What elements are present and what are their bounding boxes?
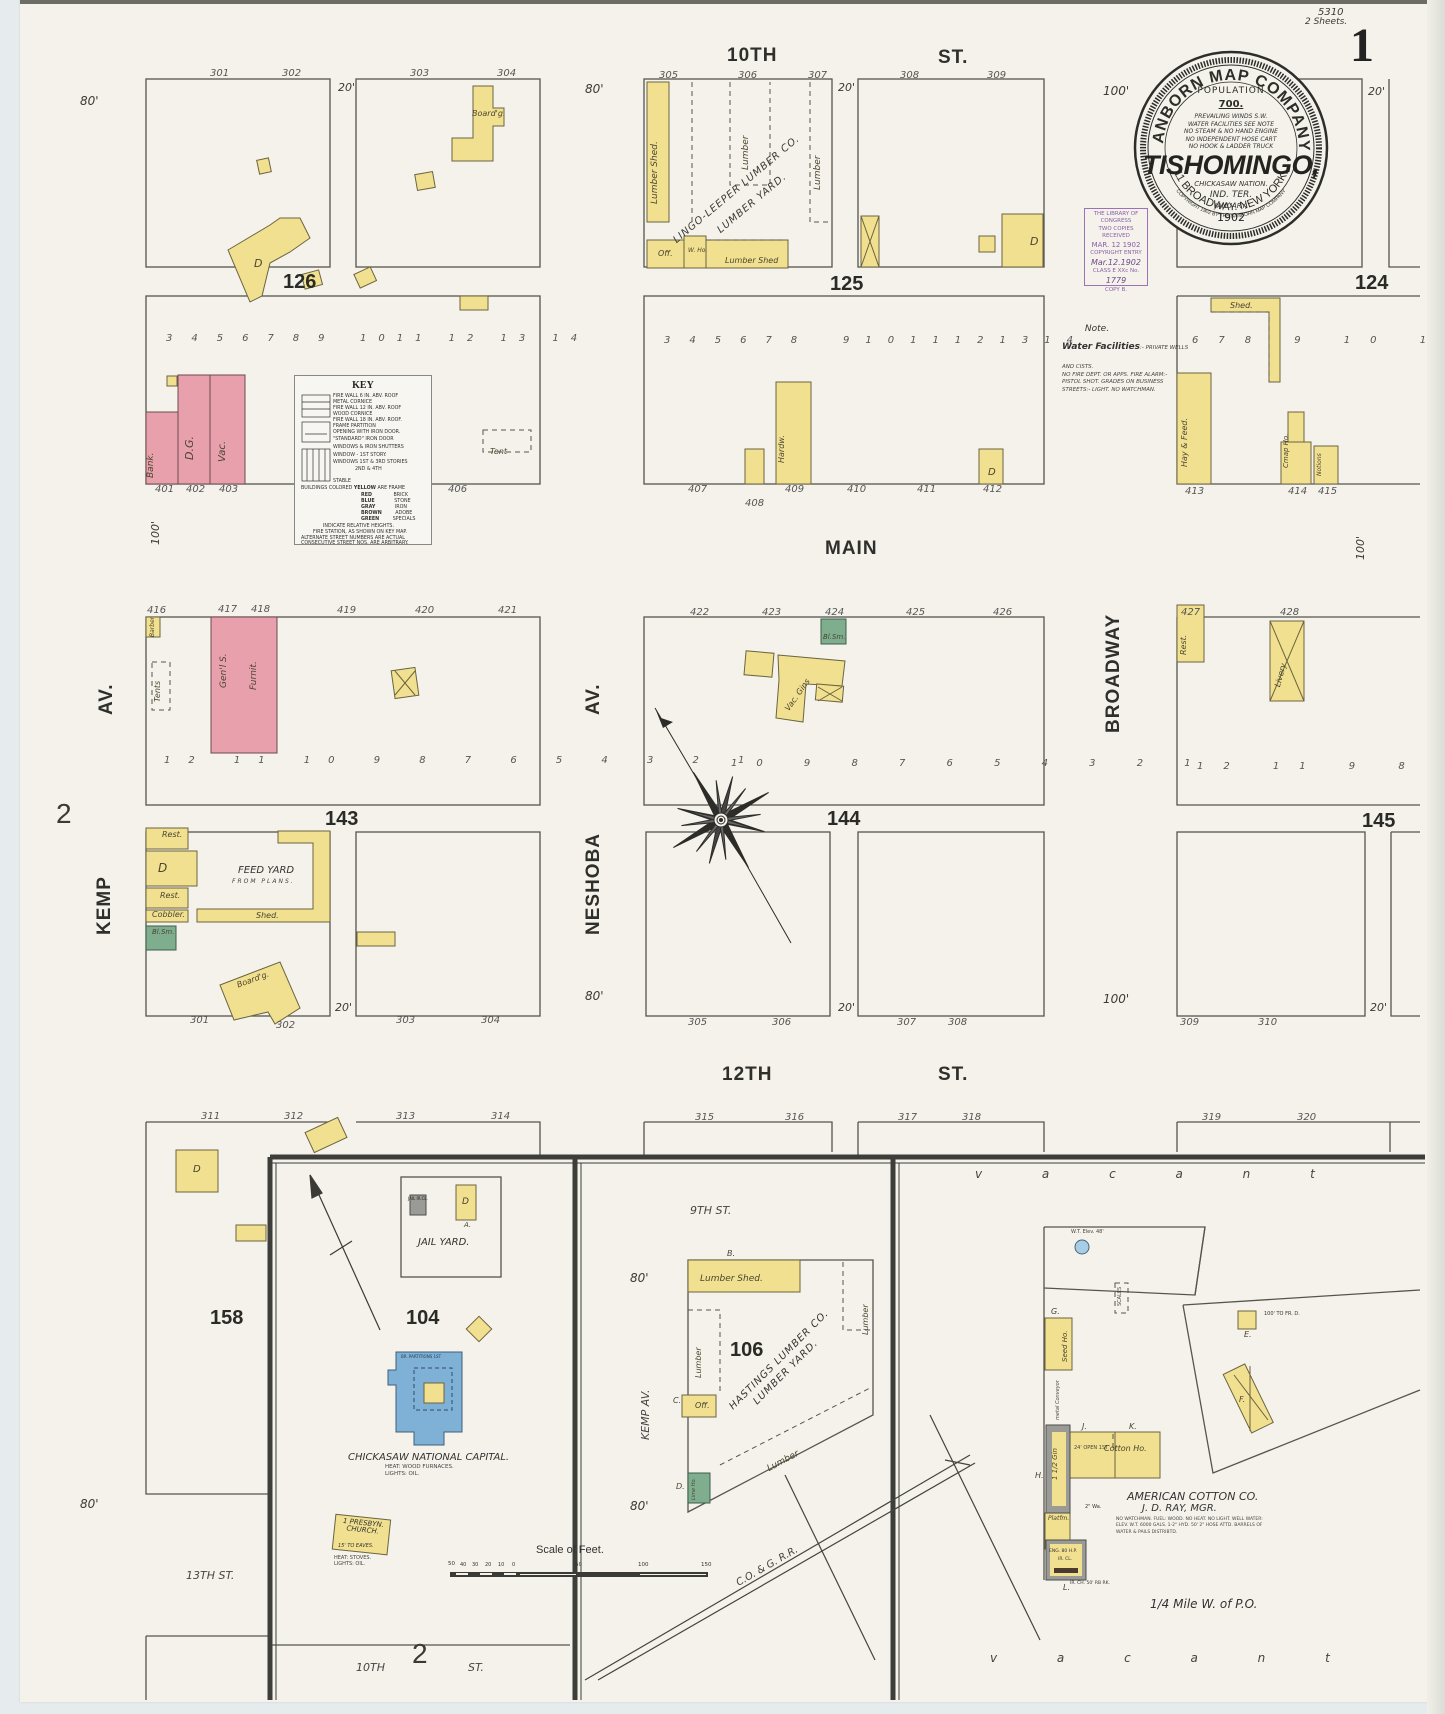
street-10th-bottom: 10TH bbox=[356, 1662, 385, 1673]
address: 311 bbox=[201, 1112, 220, 1122]
label-church-lights: LIGHTS: OIL. bbox=[334, 1562, 365, 1567]
address: 415 bbox=[1318, 487, 1337, 497]
address: 317 bbox=[898, 1113, 917, 1123]
label-blacksmith: Bl.Sm. bbox=[823, 634, 845, 641]
stamp-line: THE LIBRARY OF bbox=[1085, 211, 1147, 218]
block-number-158: 158 bbox=[210, 1308, 243, 1328]
address: 427 bbox=[1181, 608, 1200, 618]
site-letter: J. bbox=[1082, 1423, 1087, 1431]
address: 302 bbox=[276, 1021, 295, 1031]
label-vacant: Vac. bbox=[218, 441, 228, 462]
address: 410 bbox=[847, 485, 866, 495]
width-80-c: 80' bbox=[585, 990, 604, 1002]
label-quarter-mile: 1/4 Mile W. of P.O. bbox=[1150, 1598, 1257, 1610]
label-furniture: Furnit. bbox=[250, 661, 259, 690]
address: 309 bbox=[987, 71, 1006, 81]
street-kemp-av: AV. bbox=[97, 683, 116, 715]
label-dwelling: D bbox=[988, 468, 996, 478]
sheet-number: 1 bbox=[1350, 22, 1374, 70]
address: 417 bbox=[218, 605, 237, 615]
label-capital-lights: LIGHTS: OIL. bbox=[385, 1472, 419, 1478]
label-restaurant: Rest. bbox=[162, 831, 182, 839]
lot-numbers-126b: 1011 12 13 14 bbox=[360, 334, 589, 344]
width-20-c: 20' bbox=[1368, 86, 1385, 97]
label-platform: Platfm. bbox=[1048, 1516, 1069, 1522]
label-engine: ENG. 80 H.P. bbox=[1049, 1550, 1077, 1555]
label-lumber-shed: Lumber Shed bbox=[725, 257, 778, 265]
label-open-first: 24' OPEN 1ST bbox=[1074, 1446, 1108, 1451]
key-title: KEY bbox=[295, 380, 431, 391]
seal-month: JANUARY, bbox=[1133, 202, 1329, 210]
lot-numbers-144: 10 9 8 7 6 5 4 3 2 1 bbox=[731, 759, 1210, 769]
label-cotton-notes: NO WATCHMAN. FUEL: WOOD. NO HEAT. NO LIG… bbox=[1116, 1517, 1264, 1536]
block-124-east bbox=[1389, 79, 1420, 267]
label-lumber-shed: Lumber Shed. bbox=[700, 1275, 763, 1284]
address: 306 bbox=[738, 71, 757, 81]
seal-fact: PREVAILING WINDS S.W. bbox=[1173, 113, 1289, 121]
block-number-126: 126 bbox=[283, 272, 316, 292]
label-blacksmith: Bl.Sm. bbox=[152, 929, 174, 936]
key-line: WINDOWS 1ST & 3RD STORIES bbox=[333, 460, 408, 465]
address: 307 bbox=[808, 71, 827, 81]
stamp-number: 1779 bbox=[1085, 276, 1147, 287]
street-neshoba: NESHOBA bbox=[584, 833, 603, 935]
label-lumber: Lumber bbox=[814, 156, 823, 190]
label-american-cotton-co: AMERICAN COTTON CO. bbox=[1127, 1491, 1258, 1502]
label-restaurant: Rest. bbox=[1180, 635, 1188, 655]
seal-facts: PREVAILING WINDS S.W. WATER FACILITIES S… bbox=[1173, 113, 1289, 151]
address: 307 bbox=[897, 1018, 916, 1028]
label-lumber-shed: Lumber Shed. bbox=[651, 141, 660, 204]
address: 301 bbox=[210, 69, 229, 79]
label-general-store: Gen'l S. bbox=[220, 653, 229, 688]
note-heading: Note. bbox=[1062, 324, 1132, 334]
label-jail: JAIL IR.CL. bbox=[408, 1197, 424, 1201]
seal-fact: NO INDEPENDENT HOSE CART bbox=[1173, 136, 1289, 144]
stamp-line: COPYRIGHT ENTRY bbox=[1085, 250, 1147, 257]
label-church-eaves: 15' TO EAVES. bbox=[338, 1544, 374, 1549]
width-20-f: 20' bbox=[1370, 1002, 1387, 1013]
map-key: KEY FIRE WALL 6 IN. ABV. ROOF METAL CORN… bbox=[294, 375, 432, 545]
scale-tick: 150 bbox=[701, 1563, 712, 1569]
width-20-e: 20' bbox=[838, 1002, 855, 1013]
lot-numbers-125b: 91011121314 bbox=[843, 336, 1089, 346]
site-letter: H. bbox=[1035, 1472, 1044, 1480]
address: 428 bbox=[1280, 608, 1299, 618]
block-number-125: 125 bbox=[830, 274, 863, 294]
address: 424 bbox=[825, 608, 844, 618]
key-line: FRAME PARTITION bbox=[333, 424, 376, 429]
key-line: WINDOWS & IRON SHUTTERS bbox=[333, 445, 404, 450]
address: 407 bbox=[688, 485, 707, 495]
key-line: WINDOW - 1ST STORY. bbox=[333, 453, 387, 458]
address: 419 bbox=[337, 606, 356, 616]
key-line: STABLE bbox=[333, 479, 351, 484]
address: 408 bbox=[745, 499, 764, 509]
label-notions: Notions bbox=[1317, 453, 1323, 476]
address: 302 bbox=[282, 69, 301, 79]
label-scales: SCALES bbox=[1118, 1287, 1123, 1306]
key-heights: INDICATE RELATIVE HEIGHTS. bbox=[323, 524, 394, 529]
label-metal-conveyor: metal Conveyor bbox=[1056, 1380, 1061, 1420]
hastings-lot bbox=[688, 1260, 873, 1512]
address: 409 bbox=[785, 485, 804, 495]
label-bank: Bank. bbox=[147, 453, 156, 478]
label-dwelling: D bbox=[1030, 236, 1038, 247]
scale-tick: 50 bbox=[448, 1562, 455, 1568]
scale-tick: 0 bbox=[512, 1563, 515, 1568]
address: 313 bbox=[396, 1112, 415, 1122]
address: 406 bbox=[448, 485, 467, 495]
block-143-east bbox=[356, 832, 540, 1016]
key-line: FIRE WALL 6 IN. ABV. ROOF bbox=[333, 394, 398, 399]
key-color: GREEN bbox=[361, 517, 379, 522]
key-color: GRAY bbox=[361, 505, 375, 510]
label-dwelling: D bbox=[158, 862, 167, 874]
block-number-104: 104 bbox=[406, 1308, 439, 1328]
label-lumber: Lumber bbox=[742, 136, 751, 170]
key-line: FIRE WALL 18 IN. ABV. ROOF. bbox=[333, 418, 402, 423]
address: 303 bbox=[396, 1016, 415, 1026]
label-shed: Shed. bbox=[1230, 302, 1253, 310]
label-hydrant: 2" Wa. bbox=[1085, 1505, 1101, 1510]
street-13th: 13TH ST. bbox=[186, 1570, 234, 1581]
label-tents: Tents bbox=[154, 681, 162, 702]
label-lime-house: Lime Ho. bbox=[692, 1478, 697, 1500]
seal-population: 700. bbox=[1133, 99, 1329, 110]
map-linework bbox=[0, 0, 1445, 1714]
street-kemp-inset: KEMP AV. bbox=[640, 1389, 651, 1440]
address: 303 bbox=[410, 69, 429, 79]
key-line: WOOD CORNICE bbox=[333, 412, 372, 417]
address: 304 bbox=[481, 1016, 500, 1026]
width-80-b: 80' bbox=[585, 83, 604, 95]
address: 309 bbox=[1180, 1018, 1199, 1028]
width-100-a: 100' bbox=[1103, 85, 1129, 97]
seal-territory: IND. TER. bbox=[1133, 190, 1329, 200]
address: 416 bbox=[147, 606, 166, 616]
street-10th-top: 10TH bbox=[727, 46, 777, 65]
note-line: STREETS:- LIGHT. NO WATCHMAN. bbox=[1062, 387, 1192, 394]
site-letter: E. bbox=[1244, 1331, 1252, 1339]
scale-tick: 20 bbox=[485, 1563, 491, 1568]
sanborn-seal: SANBORN MAP COMPANY. 11 BROADWAY. NEW YO… bbox=[1133, 50, 1329, 246]
seal-nation: CHICKASAW NATION. bbox=[1133, 180, 1329, 188]
address: 411 bbox=[917, 485, 936, 495]
key-line: METAL CORNICE bbox=[333, 400, 372, 405]
width-100-d: 100' bbox=[1103, 993, 1129, 1005]
compass-rose bbox=[655, 708, 791, 943]
address: 308 bbox=[900, 71, 919, 81]
stamp-handwritten-date: Mar.12.1902 bbox=[1085, 258, 1147, 269]
address: 402 bbox=[186, 485, 205, 495]
water-facilities-note: Note. Water Facilities:- PRIVATE WELLS A… bbox=[1062, 324, 1192, 394]
address: 414 bbox=[1288, 487, 1307, 497]
width-20-d: 20' bbox=[335, 1002, 352, 1013]
street-9th-inset: 9TH ST. bbox=[690, 1205, 731, 1216]
address: 312 bbox=[284, 1112, 303, 1122]
address: 304 bbox=[497, 69, 516, 79]
block-144-west bbox=[646, 832, 830, 1016]
address: 319 bbox=[1202, 1113, 1221, 1123]
block-144-north bbox=[644, 617, 1044, 805]
scale-tick: 40 bbox=[460, 1563, 466, 1568]
street-10th-bottom-st: ST. bbox=[468, 1662, 484, 1673]
block-145-east bbox=[1391, 832, 1420, 1016]
scale-tick: 100 bbox=[638, 1563, 649, 1569]
key-color: BROWN bbox=[361, 511, 382, 516]
street-kemp: KEMP bbox=[95, 876, 114, 935]
site-letter: C. bbox=[673, 1397, 681, 1405]
label-cobbler: Cobbler. bbox=[152, 911, 185, 919]
key-line: "STANDARD" IRON DOOR bbox=[333, 437, 394, 442]
block-144-east bbox=[858, 832, 1044, 1016]
label-seed-house: Seed Ho. bbox=[1062, 1331, 1069, 1363]
label-dwelling: D bbox=[254, 258, 262, 269]
seal-population-label: POPULATION bbox=[1133, 86, 1329, 96]
key-material: FRAME bbox=[389, 486, 405, 491]
address: 403 bbox=[219, 485, 238, 495]
key-colored-prefix: BUILDINGS COLORED bbox=[301, 486, 352, 491]
note-line: NO FIRE DEPT. OR APPS. FIRE ALARM:- bbox=[1062, 372, 1192, 379]
address: 401 bbox=[155, 485, 174, 495]
address: 316 bbox=[785, 1113, 804, 1123]
label-dry-goods: D.G. bbox=[184, 436, 195, 460]
site-letter: G. bbox=[1051, 1308, 1060, 1316]
label-to-fire-dept: 100' TO FR. D. bbox=[1264, 1312, 1300, 1317]
label-restaurant: Rest. bbox=[160, 892, 180, 900]
address: 423 bbox=[762, 608, 781, 618]
lot-numbers-143: 12 11 10 9 8 7 6 5 4 3 2 1 bbox=[164, 756, 762, 766]
label-jail-yard: JAIL YARD. bbox=[418, 1238, 470, 1248]
seal-year: 1902 bbox=[1133, 211, 1329, 224]
label-gin: 1 1/2 Gin bbox=[1052, 1448, 1059, 1480]
site-letter: D. bbox=[676, 1483, 685, 1491]
block-145-west bbox=[1177, 832, 1365, 1016]
block-number-124: 124 bbox=[1355, 273, 1388, 293]
label-manager: J. D. RAY, MGR. bbox=[1142, 1504, 1217, 1514]
label-boarding: Board'g. bbox=[472, 110, 505, 118]
street-main: MAIN bbox=[825, 539, 878, 558]
width-20-a: 20' bbox=[338, 82, 355, 93]
address: 422 bbox=[690, 608, 709, 618]
scale-title: Scale of Feet. bbox=[536, 1545, 604, 1556]
address: 425 bbox=[906, 608, 925, 618]
width-100-b: 100' bbox=[150, 521, 161, 545]
sheet-count: 2 Sheets. bbox=[1305, 18, 1347, 27]
label-chickasaw-national-capital: CHICKASAW NATIONAL CAPITAL. bbox=[348, 1453, 509, 1463]
address: 413 bbox=[1185, 487, 1204, 497]
label-capital-partitions: BR. PARTITIONS 1ST bbox=[401, 1355, 441, 1359]
site-letter: A. bbox=[464, 1222, 471, 1229]
label-barber: Barber bbox=[150, 617, 156, 637]
scale-tick: 30 bbox=[472, 1563, 478, 1568]
address: 412 bbox=[983, 485, 1002, 495]
lot-numbers-125: 345678 bbox=[664, 336, 816, 346]
key-line: 2ND & 4TH bbox=[355, 467, 382, 472]
label-iron-clad: IR. CL. bbox=[1058, 1558, 1072, 1563]
seal-town: TISHOMINGO, bbox=[1133, 150, 1329, 181]
address: 306 bbox=[772, 1018, 791, 1028]
lot-numbers-145: 12 11 9 8 7 6 5 bbox=[1197, 762, 1445, 772]
width-100-c: 100' bbox=[1355, 536, 1366, 560]
label-dwelling: D bbox=[462, 1198, 469, 1207]
key-material: ADOBE bbox=[395, 511, 412, 516]
site-letter: K. bbox=[1129, 1423, 1137, 1431]
key-symbols-icon bbox=[301, 394, 331, 484]
key-line: OPENING WITH IRON DOOR. bbox=[333, 430, 400, 435]
vacant-bottom: v a c a n t bbox=[990, 1652, 1358, 1664]
label-lumber: Lumber bbox=[862, 1304, 870, 1335]
stamp-line: CONGRESS bbox=[1085, 218, 1147, 225]
street-broadway: BROADWAY bbox=[1104, 614, 1123, 733]
key-material: SPECIALS bbox=[393, 517, 416, 522]
key-material: BRICK bbox=[393, 493, 408, 498]
label-office: Off. bbox=[658, 250, 673, 258]
label-warehouse: W. Ho. bbox=[688, 248, 707, 254]
scale-tick: 10 bbox=[498, 1563, 504, 1568]
vacant-top: v a c a n t bbox=[975, 1168, 1343, 1180]
key-material: IRON bbox=[395, 505, 407, 510]
key-color: YELLOW bbox=[354, 486, 376, 491]
block-number-145: 145 bbox=[1362, 811, 1395, 831]
note-line: PISTOL SHOT. GRADES ON BUSINESS bbox=[1062, 379, 1192, 386]
sheet-ref-bottom[interactable]: 2 bbox=[412, 1640, 428, 1668]
block-number-106: 106 bbox=[730, 1340, 763, 1360]
width-80-d: 80' bbox=[80, 1498, 99, 1510]
key-color: BLUE bbox=[361, 499, 375, 504]
block-number-144: 144 bbox=[827, 809, 860, 829]
key-line: FIRE WALL 12 IN. ABV. ROOF bbox=[333, 406, 401, 411]
stamp-line: COPY B. bbox=[1085, 287, 1147, 294]
site-letter: F. bbox=[1239, 1396, 1245, 1404]
width-80-a: 80' bbox=[80, 95, 99, 107]
label-water-tank: W.T. Elev. 48' bbox=[1071, 1230, 1104, 1235]
lot-numbers-124: 678 9 10 11 12 bbox=[1192, 336, 1445, 346]
key-consec-numbers: CONSECUTIVE STREET NOS. ARE ARBITRARY. bbox=[301, 541, 408, 546]
width-20-b: 20' bbox=[838, 82, 855, 93]
label-hardware: Hardw. bbox=[778, 435, 786, 463]
label-capital-heat: HEAT: WOOD FURNACES. bbox=[385, 1465, 454, 1471]
jail-yard-lot bbox=[401, 1177, 501, 1277]
stamp-line: TWO COPIES RECEIVED bbox=[1085, 226, 1147, 241]
seal-fact: NO STEAM & NO HAND ENGINE bbox=[1173, 128, 1289, 136]
address: 314 bbox=[491, 1112, 510, 1122]
street-neshoba-av: AV. bbox=[584, 683, 603, 715]
label-chimney: IR. CH. 50' RB RK. bbox=[1070, 1582, 1110, 1587]
stamp-date: MAR. 12 1902 bbox=[1085, 241, 1147, 250]
key-color: RED bbox=[361, 493, 372, 498]
street-12th-st: ST. bbox=[938, 1065, 968, 1084]
address: 426 bbox=[993, 608, 1012, 618]
address: 420 bbox=[415, 606, 434, 616]
label-office: Off. bbox=[695, 1402, 710, 1410]
address: 315 bbox=[695, 1113, 714, 1123]
address: 308 bbox=[948, 1018, 967, 1028]
note-water-label: Water Facilities bbox=[1062, 342, 1140, 352]
site-letter: B. bbox=[727, 1250, 735, 1258]
label-from-plans: FROM PLANS. bbox=[232, 879, 295, 885]
block-number-143: 143 bbox=[325, 809, 358, 829]
address: 305 bbox=[659, 71, 678, 81]
label-cotton-house: Cotton Ho. bbox=[1104, 1445, 1147, 1453]
width-80-f: 80' bbox=[630, 1500, 649, 1512]
seal-fact: WATER FACILITIES SEE NOTE bbox=[1173, 121, 1289, 129]
width-80-e: 80' bbox=[630, 1272, 649, 1284]
address: 418 bbox=[251, 605, 270, 615]
street-st-top: ST. bbox=[938, 48, 968, 67]
label-camp-house: Cmap Ho. bbox=[1283, 434, 1290, 468]
address: 318 bbox=[962, 1113, 981, 1123]
label-dwelling: D bbox=[193, 1165, 201, 1175]
lot-numbers-126: 3456789 bbox=[166, 334, 344, 344]
address: 320 bbox=[1297, 1113, 1316, 1123]
label-shed: Shed. bbox=[256, 912, 279, 920]
street-12th: 12TH bbox=[722, 1065, 772, 1084]
address: 301 bbox=[190, 1016, 209, 1026]
label-tent: Tent bbox=[490, 448, 507, 456]
label-feed-yard: FEED YARD bbox=[238, 866, 294, 876]
block-143-north bbox=[146, 617, 540, 805]
sheet-ref-left[interactable]: 2 bbox=[56, 800, 72, 828]
label-lumber: Lumber bbox=[695, 1347, 703, 1378]
address: 421 bbox=[498, 606, 517, 616]
stamp-line: CLASS E XXc No. bbox=[1085, 268, 1147, 275]
key-fire-station: FIRE STATION, AS SHOWN ON KEY MAP. bbox=[313, 530, 407, 535]
key-material: STONE bbox=[394, 499, 410, 504]
block-126-east bbox=[356, 79, 540, 267]
address: 310 bbox=[1258, 1018, 1277, 1028]
address: 305 bbox=[688, 1018, 707, 1028]
library-of-congress-stamp: THE LIBRARY OF CONGRESS TWO COPIES RECEI… bbox=[1084, 208, 1148, 286]
site-letter: L. bbox=[1063, 1584, 1070, 1592]
label-hay-feed: Hay & Feed. bbox=[1181, 418, 1189, 467]
scale-tick: 50 bbox=[575, 1563, 582, 1569]
